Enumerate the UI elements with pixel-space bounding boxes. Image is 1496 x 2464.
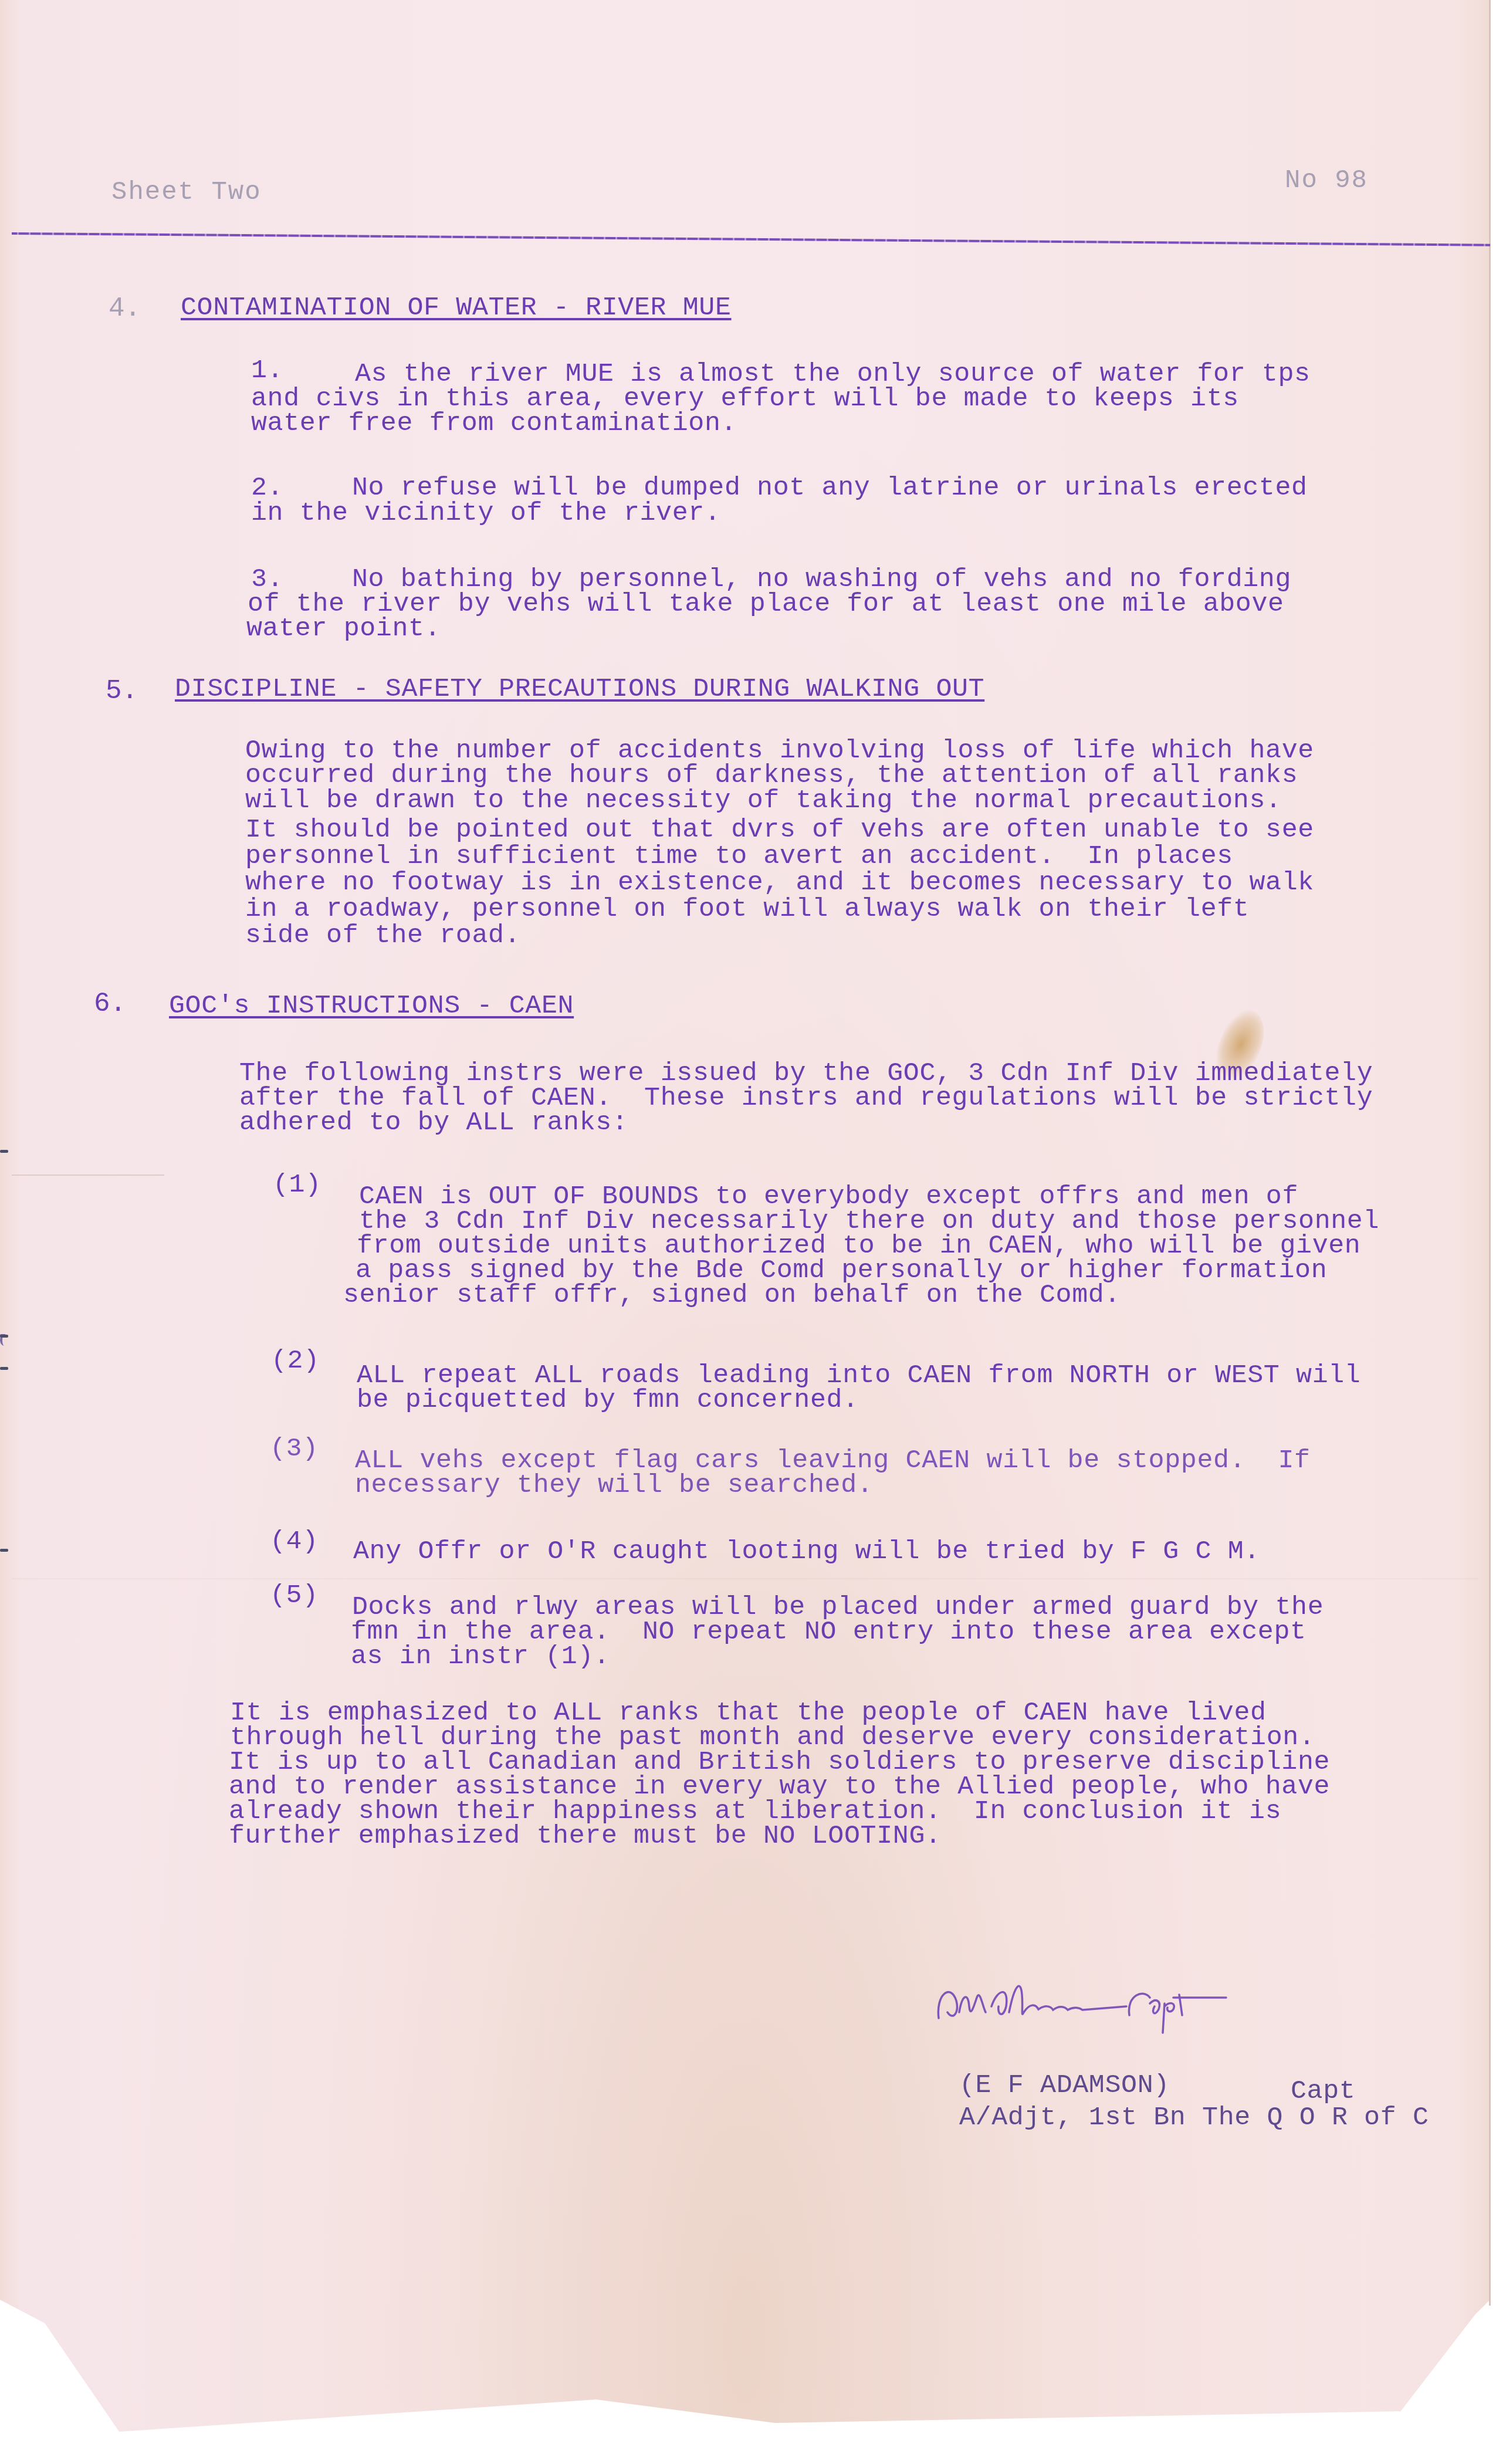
closing-line: and to render assistance in every way to…	[229, 1775, 1330, 1799]
section-heading: DISCIPLINE - SAFETY PRECAUTIONS DURING W…	[175, 678, 984, 701]
paragraph-line: in the vicinity of the river.	[251, 502, 721, 525]
signatory-appointment: A/Adjt, 1st Bn The Q O R of C	[959, 2106, 1429, 2130]
paragraph-line: of the river by vehs will take place for…	[248, 593, 1284, 616]
instruction-label: (1)	[273, 1173, 321, 1197]
instruction-label: (3)	[270, 1437, 319, 1461]
instruction-line: Any Offr or O'R caught looting will be t…	[353, 1540, 1260, 1563]
instruction-line: the 3 Cdn Inf Div necessarily there on d…	[359, 1210, 1379, 1233]
intro-line: after the fall of CAEN. These instrs and…	[239, 1087, 1373, 1110]
section-number: 5.	[106, 676, 138, 706]
document-number: No 98	[1285, 166, 1368, 195]
instruction-line: senior staff offr, signed on behalf on t…	[343, 1284, 1121, 1307]
instruction-label: (5)	[270, 1584, 319, 1607]
paragraph-line: No bathing by personnel, no washing of v…	[352, 568, 1291, 591]
instruction-line: as in instr (1).	[351, 1645, 610, 1668]
section-number: 4.	[109, 293, 141, 324]
paragraph-line: No refuse will be dumped not any latrine…	[352, 476, 1308, 500]
fold-crease	[12, 1175, 164, 1176]
section-heading: GOC's INSTRUCTIONS - CAEN	[169, 994, 574, 1018]
closing-line: It is up to all Canadian and British sol…	[229, 1751, 1330, 1774]
instruction-line: a pass signed by the Bde Comd personally…	[356, 1259, 1327, 1282]
page-edge	[1489, 0, 1491, 2306]
instruction-line: ALL repeat ALL roads leading into CAEN f…	[357, 1364, 1360, 1387]
margin-mark	[0, 1367, 8, 1370]
handwritten-signature	[933, 1971, 1343, 2036]
section-heading: CONTAMINATION OF WATER - RIVER MUE	[181, 296, 732, 320]
instruction-label: (2)	[271, 1349, 320, 1373]
paragraph-line: water free from contamination.	[251, 412, 737, 435]
instruction-line: ALL vehs except flag cars leaving CAEN w…	[355, 1449, 1311, 1473]
section-line: will be drawn to the necessity of taking…	[245, 789, 1282, 813]
margin-mark	[0, 1549, 8, 1552]
closing-line: It is emphasized to ALL ranks that the p…	[230, 1701, 1267, 1725]
fold-crease	[12, 1578, 1478, 1579]
sheet-label: Sheet Two	[111, 178, 262, 207]
instruction-line: CAEN is OUT OF BOUNDS to everybody excep…	[359, 1185, 1298, 1209]
signatory-rank: Capt	[1291, 2080, 1355, 2103]
paragraph-label: 1.	[251, 359, 283, 383]
paragraph-label: 2.	[251, 476, 283, 500]
paragraph-line: water point.	[246, 617, 441, 641]
margin-mark	[0, 1335, 8, 1338]
instruction-line: necessary they will be searched.	[355, 1474, 873, 1497]
section-line: where no footway is in existence, and it…	[245, 871, 1314, 895]
paragraph-label: 3.	[251, 568, 283, 591]
section-line: It should be pointed out that dvrs of ve…	[245, 818, 1314, 842]
section-line: personnel in sufficient time to avert an…	[245, 845, 1233, 868]
instruction-line: from outside units authorized to be in C…	[357, 1234, 1360, 1258]
intro-line: The following instrs were issued by the …	[239, 1062, 1373, 1085]
margin-mark	[0, 1150, 8, 1153]
instruction-line: fmn in the area. NO repeat NO entry into…	[351, 1620, 1307, 1644]
closing-line: already shown their happiness at liberat…	[229, 1800, 1281, 1823]
paragraph-line: and civs in this area, every effort will…	[251, 387, 1239, 411]
section-line: in a roadway, personnel on foot will alw…	[245, 898, 1249, 921]
signatory-name: (E F ADAMSON)	[959, 2074, 1170, 2097]
paragraph-line: As the river MUE is almost the only sour…	[355, 363, 1311, 386]
section-line: occurred during the hours of darkness, t…	[245, 764, 1298, 787]
intro-line: adhered to by ALL ranks:	[239, 1111, 628, 1135]
closing-line: through hell during the past month and d…	[230, 1726, 1315, 1749]
instruction-line: Docks and rlwy areas will be placed unde…	[352, 1596, 1324, 1619]
section-line: side of the road.	[245, 924, 520, 947]
instruction-line: be picquetted by fmn concerned.	[357, 1389, 859, 1412]
instruction-label: (4)	[270, 1530, 319, 1553]
section-number: 6.	[94, 989, 126, 1019]
section-line: Owing to the number of accidents involvi…	[245, 739, 1314, 763]
closing-line: further emphasized there must be NO LOOT…	[229, 1825, 942, 1848]
